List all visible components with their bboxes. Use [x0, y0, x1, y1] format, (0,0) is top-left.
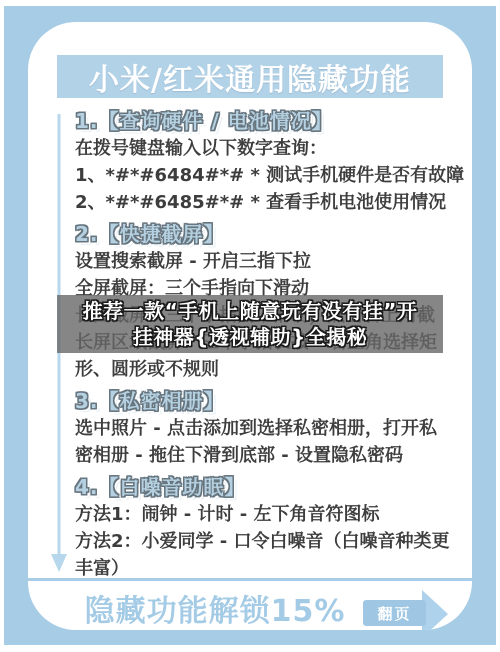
page-turn-label: 翻页: [377, 603, 411, 624]
section-heading: 2.【快捷截屏】: [75, 221, 457, 248]
section-line: 2、*#*#6485#*# * 查看手机电池使用情况: [75, 189, 457, 216]
section-heading: 1.【查询硬件 / 电池情况】: [75, 108, 457, 135]
section-line: 在拨号键盘输入以下数字查询：: [75, 135, 457, 162]
section-hardware-battery: 1.【查询硬件 / 电池情况】 在拨号键盘输入以下数字查询： 1、*#*#648…: [75, 108, 457, 216]
section-heading: 4.【白噪音助眠】: [75, 474, 457, 501]
progress-text: 隐藏功能解锁15%: [28, 586, 402, 630]
section-heading: 3.【私密相册】: [75, 388, 457, 415]
section-line: 设置搜索截屏 - 开启三指下拉: [75, 248, 457, 275]
section-line: 选中照片 - 点击添加到选择私密相册，打开私: [75, 415, 457, 442]
ad-banner[interactable]: 推荐一款“手机上随意玩有没有挂”开 挂神器{透视辅助}全揭秘: [57, 295, 443, 353]
section-white-noise: 4.【白噪音助眠】 方法1：闹钟 - 计时 - 左下角音符图标 方法2：小爱同学…: [75, 474, 457, 582]
footer-divider: [28, 578, 472, 581]
section-line: 方法2：小爱同学 - 口令白噪音（白噪音种类更: [75, 528, 457, 555]
section-private-album: 3.【私密相册】 选中照片 - 点击添加到选择私密相册，打开私 密相册 - 拖住…: [75, 388, 457, 469]
page-title: 小米/红米通用隐藏功能: [89, 55, 411, 99]
section-line: 方法1：闹钟 - 计时 - 左下角音符图标: [75, 501, 457, 528]
page-title-bar: 小米/红米通用隐藏功能: [57, 55, 443, 98]
section-line: 1、*#*#6484#*# * 测试手机硬件是否有故障: [75, 162, 457, 189]
section-line: 密相册 - 拖住下滑到底部 - 设置隐私密码: [75, 442, 457, 469]
ad-banner-line2: 挂神器{透视辅助}全揭秘: [133, 324, 367, 350]
page-turn-button[interactable]: 翻页: [363, 600, 426, 626]
section-line: 形、圆形或不规则: [75, 356, 457, 383]
ad-banner-line1: 推荐一款“手机上随意玩有没有挂”开: [83, 298, 418, 324]
poster-frame: 小米/红米通用隐藏功能 1.【查询硬件 / 电池情况】 在拨号键盘输入以下数字查…: [4, 6, 496, 645]
